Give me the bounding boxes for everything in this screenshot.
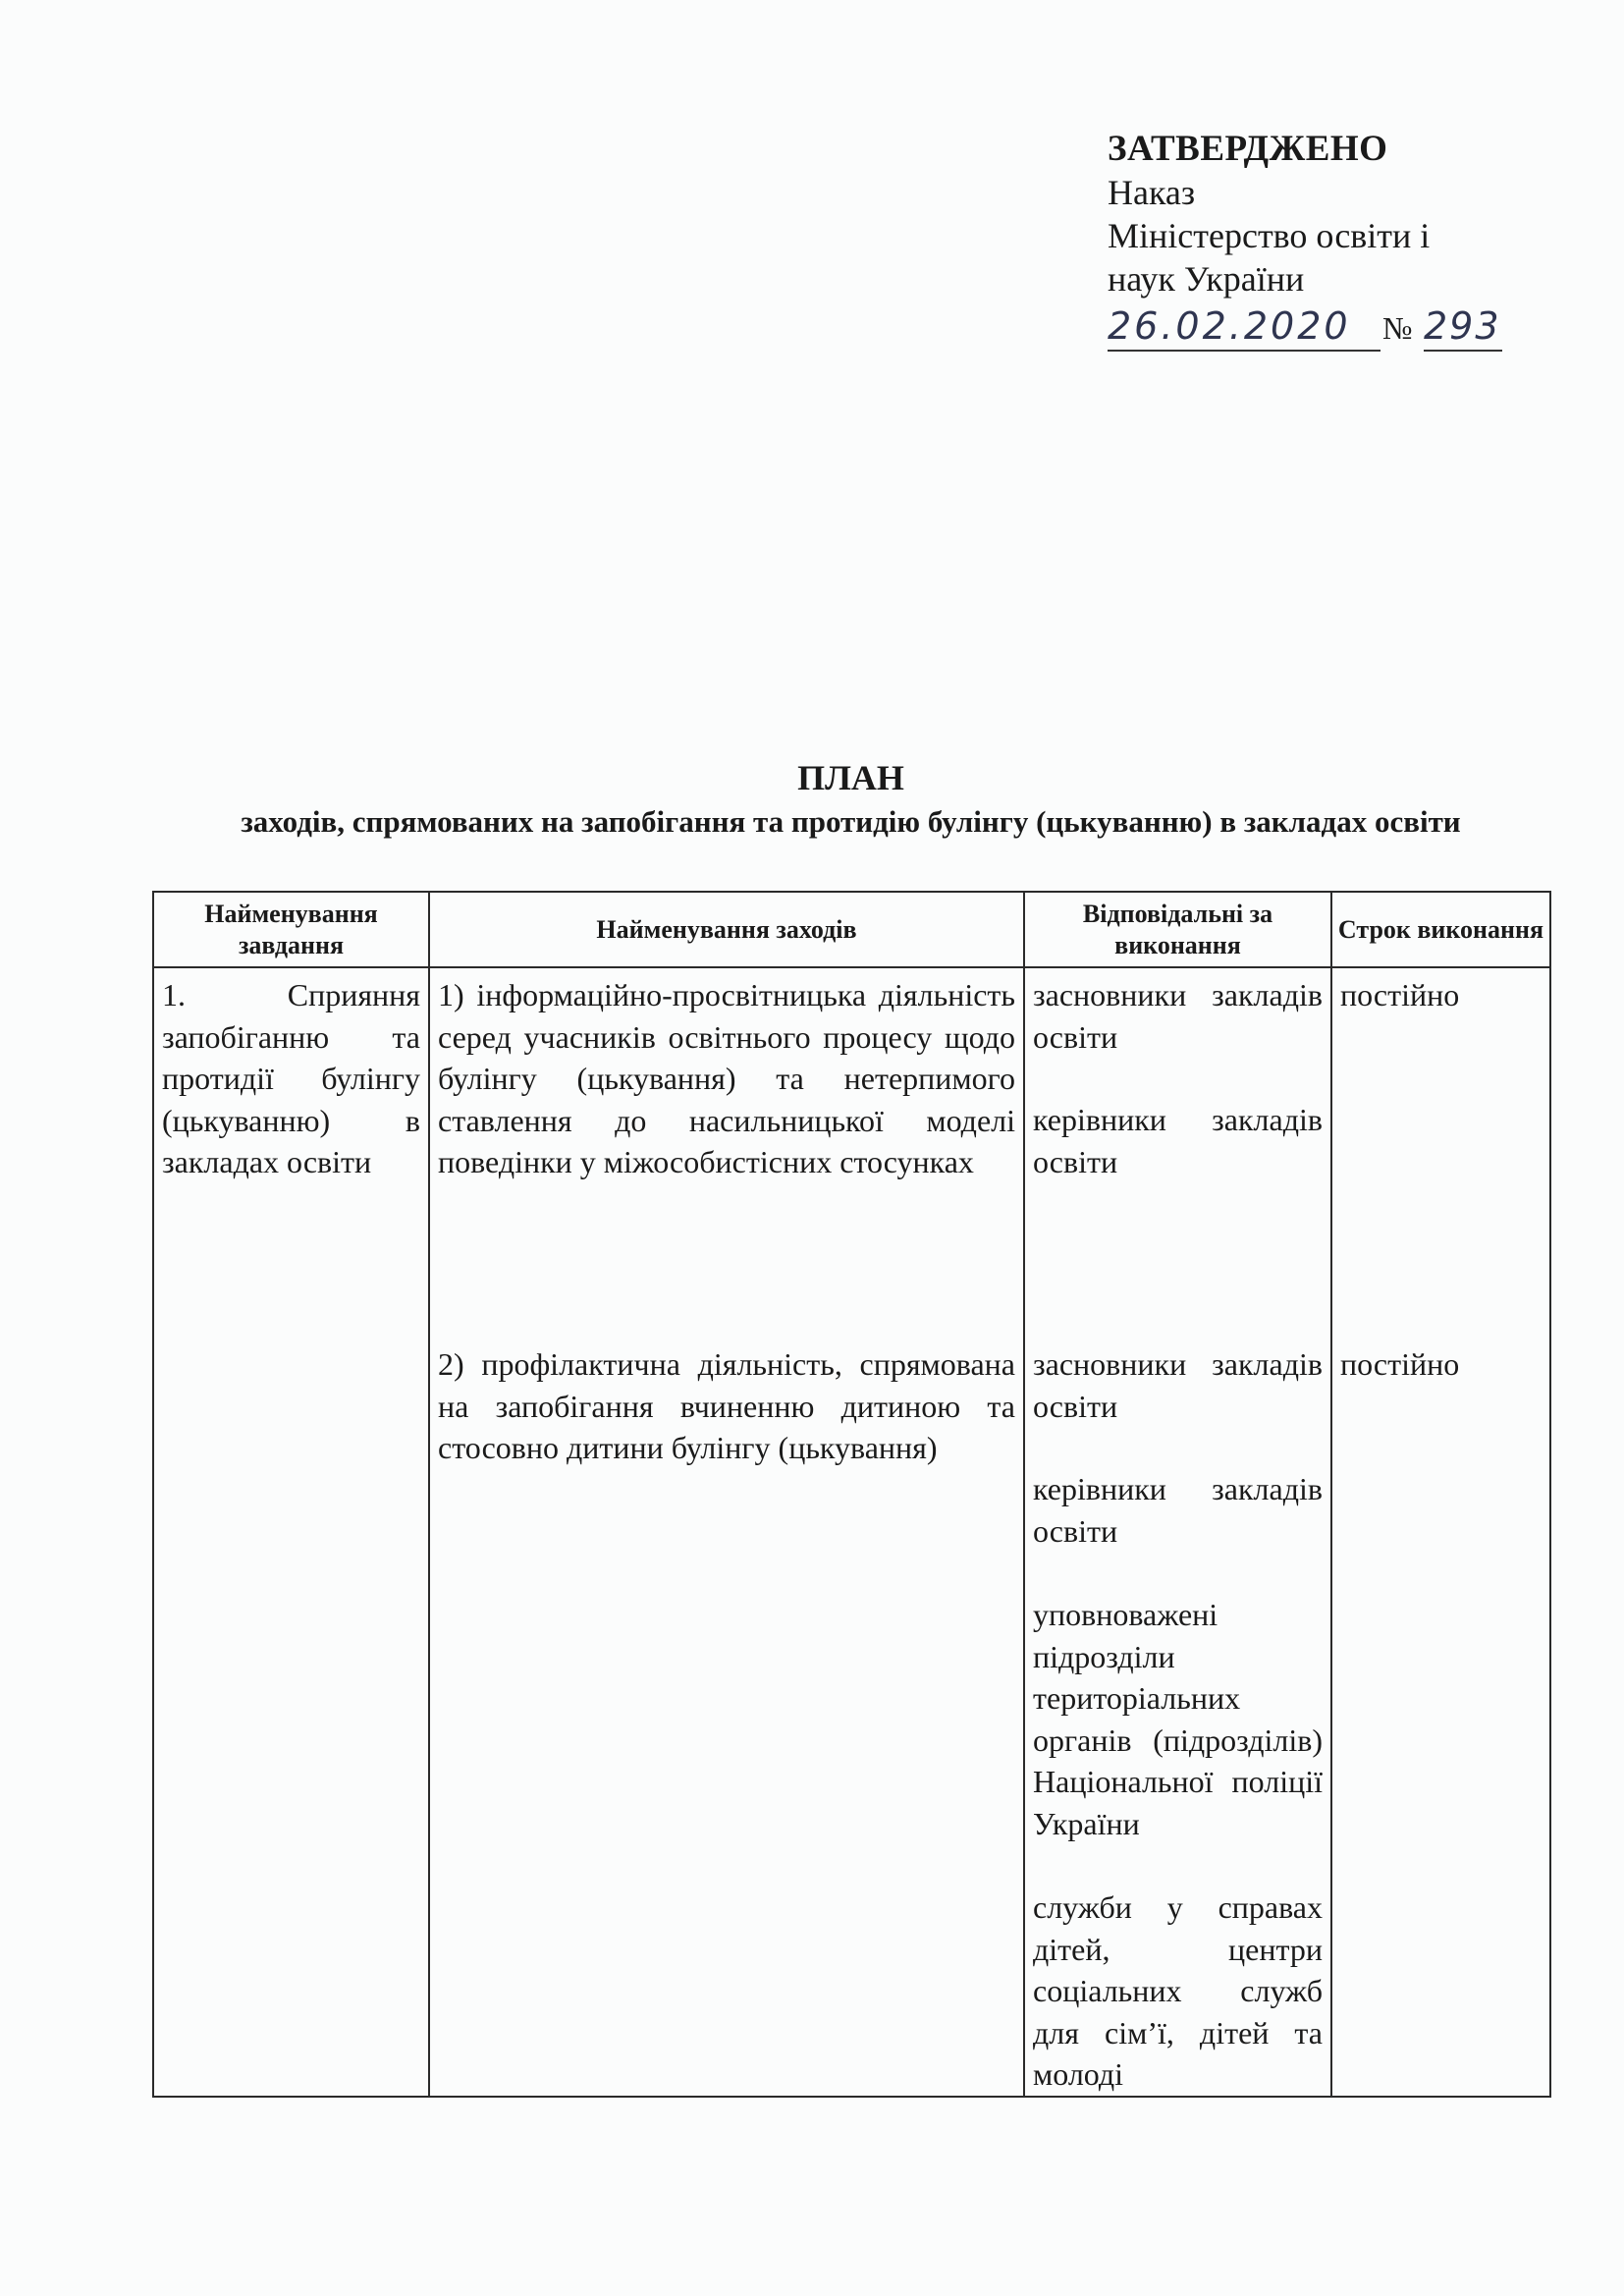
ministry-line-1: Міністерство освіти і	[1108, 214, 1540, 257]
approval-stamp: ЗАТВЕРДЖЕНО Наказ Міністерство освіти і …	[1108, 128, 1540, 355]
order-number: 293	[1424, 302, 1502, 352]
task-text: 1. Сприяння запобіганню та протидії булі…	[162, 974, 420, 1183]
order-date: 26.02.2020	[1108, 302, 1380, 352]
measure-2-deadline: постійно	[1340, 1343, 1542, 1386]
responsible-item: служби у справах дітей, центри соціальни…	[1033, 1886, 1323, 2096]
ministry-line-2: наук України	[1108, 257, 1540, 301]
task-cell: 1. Сприяння запобіганню та протидії булі…	[153, 967, 429, 2097]
number-sign: №	[1382, 306, 1413, 350]
responsible-item: уповноважені підрозділи територіальних о…	[1033, 1594, 1323, 1844]
measure-2-text: 2) профілактична діяльність, спрямована …	[438, 1343, 1015, 1469]
header-task: Найменування завдання	[153, 892, 429, 967]
header-deadline: Строк виконання	[1331, 892, 1550, 967]
title-heading: ПЛАН	[152, 756, 1549, 799]
table-row: 1. Сприяння запобіганню та протидії булі…	[153, 967, 1550, 2097]
responsible-cell: засновники закладів освіти керівники зак…	[1024, 967, 1331, 2097]
measure-1-responsible: засновники закладів освіти керівники зак…	[1033, 974, 1323, 1343]
measure-1-text: 1) інформаційно-просвітницька діяльність…	[438, 974, 1015, 1267]
approved-label: ЗАТВЕРДЖЕНО	[1108, 128, 1540, 171]
measure-2-responsible: засновники закладів освіти керівники зак…	[1033, 1343, 1323, 2096]
title-subtitle: заходів, спрямованих на запобігання та п…	[152, 801, 1549, 843]
measure-1-deadline: постійно	[1340, 974, 1542, 1343]
measures-cell: 1) інформаційно-просвітницька діяльність…	[429, 967, 1024, 2097]
responsible-item: засновники закладів освіти	[1033, 1343, 1323, 1427]
responsible-item: керівники закладів освіти	[1033, 1468, 1323, 1552]
header-responsible: Відповідальні за виконання	[1024, 892, 1331, 967]
table-header-row: Найменування завдання Найменування заход…	[153, 892, 1550, 967]
order-label: Наказ	[1108, 171, 1540, 214]
responsible-item: засновники закладів освіти	[1033, 974, 1323, 1058]
plan-table: Найменування завдання Найменування заход…	[152, 891, 1551, 2098]
document-title: ПЛАН заходів, спрямованих на запобігання…	[152, 756, 1549, 843]
header-measures: Найменування заходів	[429, 892, 1024, 967]
order-date-number: 26.02.2020 № 293	[1108, 302, 1540, 355]
deadline-cell: постійно постійно	[1331, 967, 1550, 2097]
responsible-item: керівники закладів освіти	[1033, 1099, 1323, 1182]
